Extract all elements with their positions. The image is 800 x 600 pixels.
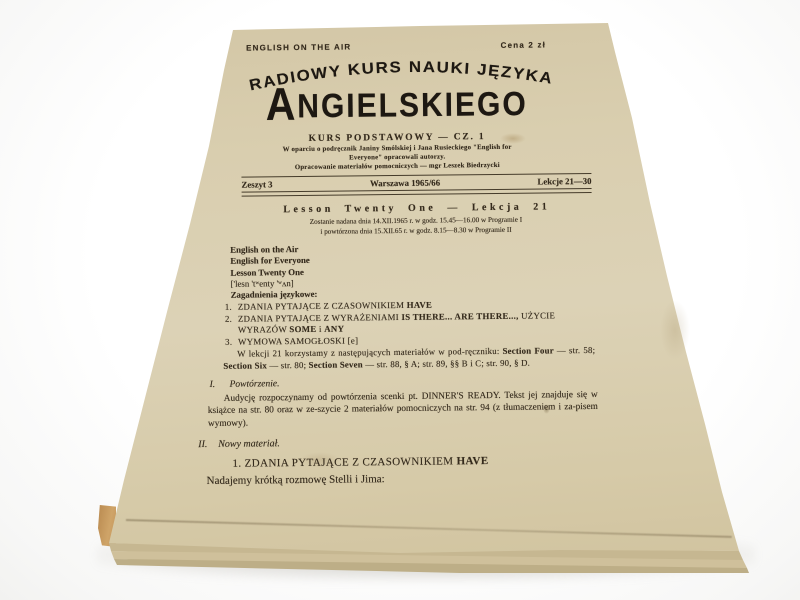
section-2-heading: II.Nowy materiał. — [198, 435, 550, 450]
topic-number: 2. — [225, 314, 238, 337]
section-1-roman: I. — [210, 380, 230, 390]
topic-number: 1. — [225, 302, 238, 314]
subsection-heading: 1. ZDANIA PYTAJĄCE Z CZASOWNIKIEM HAVE — [202, 454, 602, 470]
topic-text: WYMOWA SAMOGŁOSKI [e] — [238, 335, 358, 348]
lessons-range: Lekcje 21—30 — [537, 176, 591, 187]
topics-list: 1. ZDANIA PYTAJĄCE Z CZASOWNIKIEM HAVE 2… — [225, 298, 593, 348]
topic-number: 3. — [225, 336, 238, 348]
price-label: Cena 2 zł — [501, 40, 547, 49]
logo-main-title: ANGIELSKIEGO — [246, 79, 546, 128]
section-2-roman: II. — [198, 439, 218, 450]
place-and-year: Warszawa 1965/66 — [370, 178, 440, 189]
logo-big-initial: A — [265, 78, 297, 130]
topic-item: 2. ZDANIA PYTAJĄCE Z WYRAŻENIAMI IS THER… — [225, 310, 593, 337]
masthead-row: ENGLISH ON THE AIR Cena 2 zł — [246, 40, 546, 52]
broadcast-info: Zostanie nadana dnia 14.XII.1965 r. w go… — [240, 215, 592, 237]
lesson-title: Lesson Twenty One — Lekcja 21 — [242, 201, 592, 216]
issue-number: Zeszyt 3 — [241, 180, 272, 190]
topic-text: ZDANIA PYTAJĄCE Z WYRAŻENIAMI IS THERE..… — [238, 310, 593, 337]
series-title: ENGLISH ON THE AIR — [246, 42, 351, 52]
credits-block: W oparciu o podręcznik Janiny Smólskiej … — [247, 143, 547, 173]
credit-line-3: Opracowanie materiałów pomocniczych — mg… — [247, 161, 547, 173]
photo-background: ENGLISH ON THE AIR Cena 2 zł RADIOWY KUR… — [0, 0, 800, 600]
course-level-line: KURS PODSTAWOWY — CZ. 1 — [247, 131, 547, 144]
section-1-heading: I.Powtórzenie. — [210, 376, 550, 390]
printed-content: ENGLISH ON THE AIR Cena 2 zł RADIOWY KUR… — [246, 38, 551, 486]
lesson-name-block: English on the Air English for Everyone … — [230, 241, 581, 301]
logo-main-rest: NGIELSKIEGO — [297, 86, 528, 125]
paper-stain — [660, 300, 690, 360]
section-1-paragraph: Audycję rozpoczynamy od powtórzenia scen… — [208, 389, 598, 430]
materials-paragraph: W lekcji 21 korzystamy z następujących m… — [223, 345, 595, 372]
